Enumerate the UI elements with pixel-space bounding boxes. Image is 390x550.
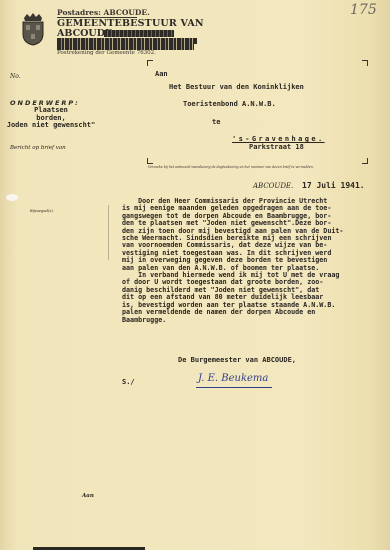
address-window-corner — [362, 158, 368, 164]
coat-of-arms-icon — [20, 12, 46, 46]
address-aan: Aan — [155, 70, 168, 78]
subject-text: Plaatsen borden, Joden niet gewenscht" — [0, 107, 102, 130]
address-window-corner — [147, 60, 153, 66]
number-label: No. — [10, 73, 21, 80]
sign-mark: S./ — [122, 378, 135, 386]
closing: De Burgemeester van ABCOUDE, — [178, 356, 296, 364]
letterhead-postadres: Postadres: ABCOUDE. — [57, 8, 150, 17]
struck-out-text — [104, 30, 174, 37]
address-te: te — [212, 118, 220, 126]
address-street: Parkstraat 18 — [249, 143, 304, 151]
margin-line — [108, 205, 109, 260]
punch-hole — [6, 194, 18, 201]
address-line1: Het Bestuur van den Koninklijken — [169, 83, 304, 91]
letter-page: Postadres: ABCOUDE. GEMEENTEBESTUUR VAN … — [0, 0, 390, 550]
date-value: 17 Juli 1941. — [302, 181, 365, 190]
letter-body: Door den Heer Commissaris der Provincie … — [122, 198, 343, 324]
letterhead-giro: Postrekening der Gemeente 76302. — [57, 50, 156, 56]
reference-note: Verzoeke bij het antwoord nauwkeurig de … — [148, 165, 314, 169]
date-place: ABCOUDE. — [253, 182, 293, 190]
address-line2: Toeristenbond A.N.W.B. — [183, 100, 276, 108]
reference-label: Bericht op brief van — [10, 145, 66, 151]
signature-underline — [196, 387, 272, 388]
bottom-aan-label: Aan — [82, 493, 94, 499]
address-city: 's-Gravenhage. — [232, 135, 325, 143]
archive-number: 175 — [350, 2, 377, 18]
enclosures-label: Bijvoegsel(s). — [30, 209, 54, 213]
address-window-corner — [362, 60, 368, 66]
address-window-corner — [147, 158, 153, 164]
signature: J. E. Beukema — [198, 373, 268, 384]
